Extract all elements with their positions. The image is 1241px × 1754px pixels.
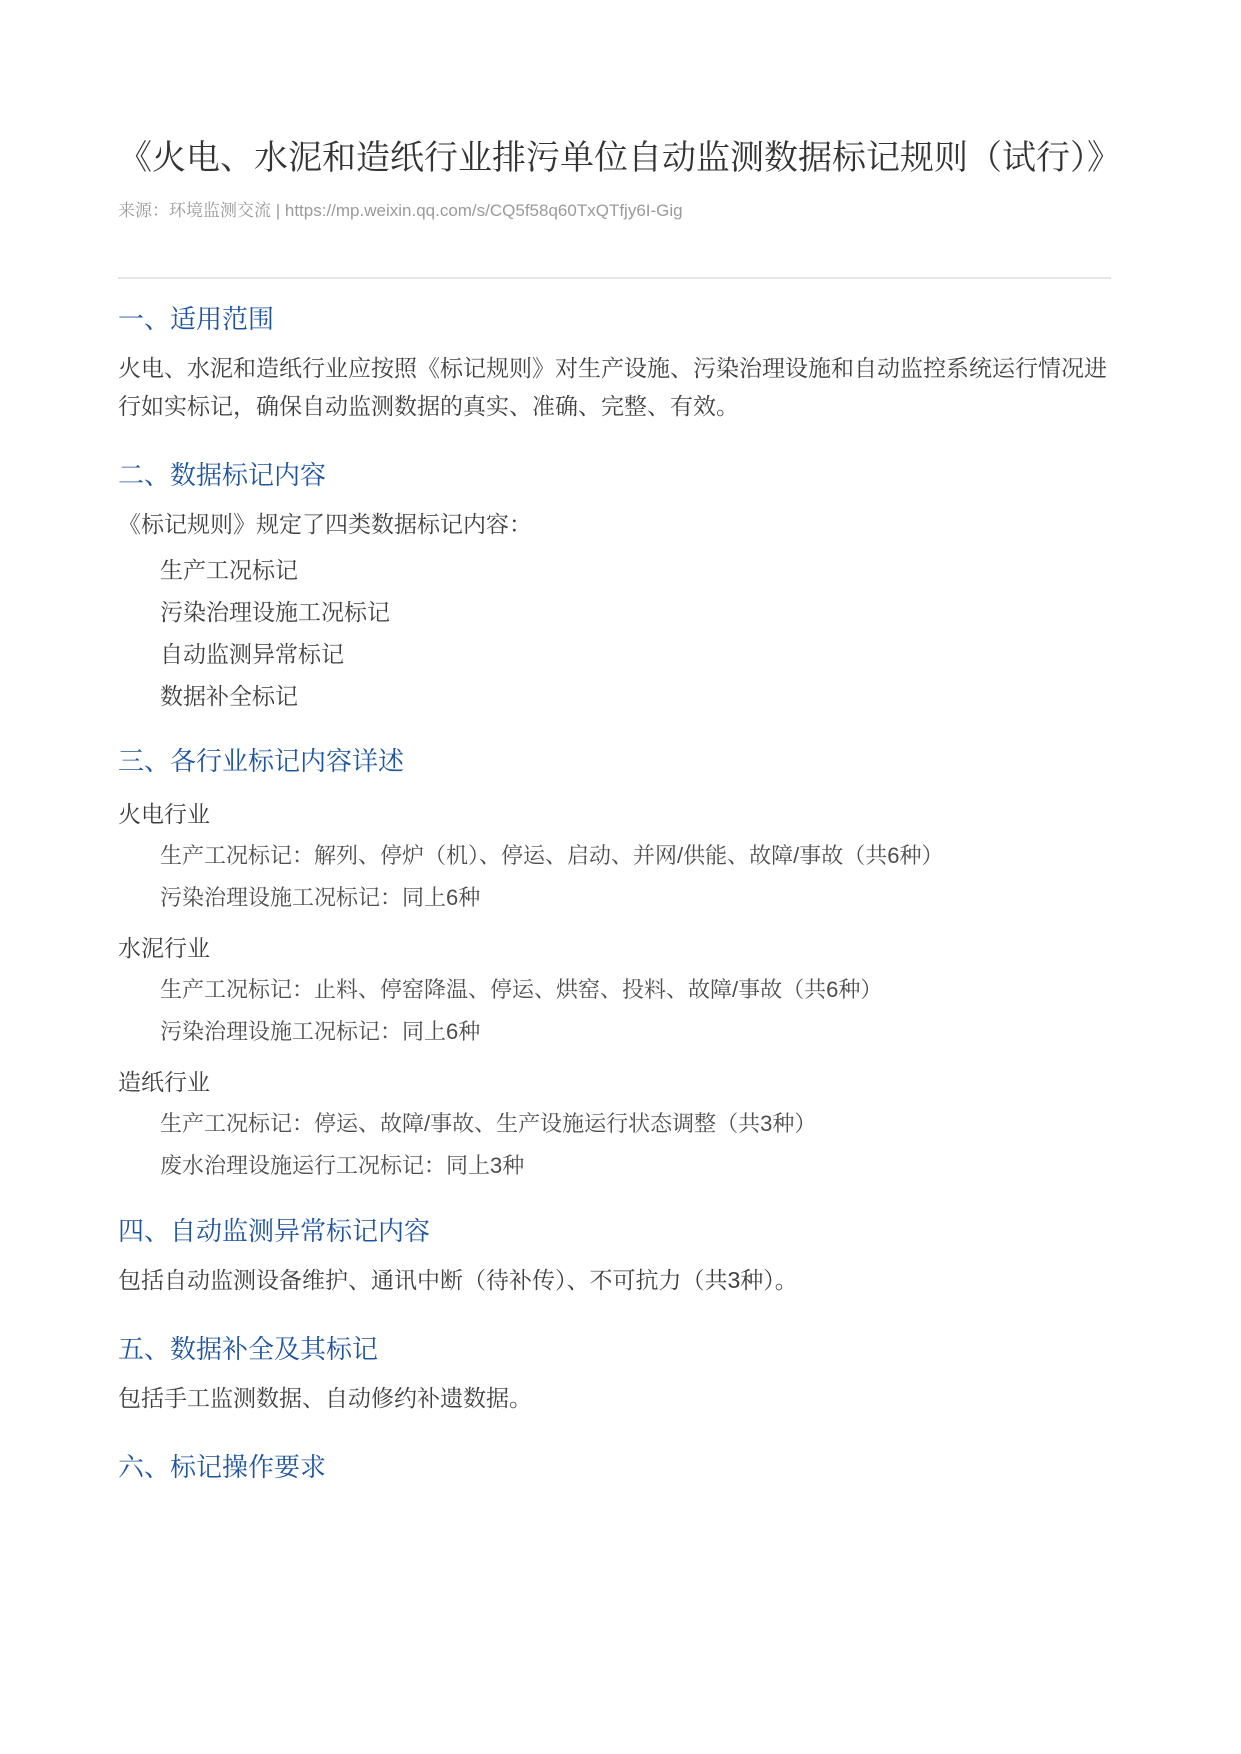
- industry-line: 污染治理设施工况标记：同上6种: [118, 1017, 1111, 1047]
- list-item: 生产工况标记: [118, 555, 1111, 585]
- section-paragraph: 包括自动监测设备维护、通讯中断（待补传）、不可抗力（共3种）。: [118, 1261, 1111, 1299]
- section-heading-scope: 一、适用范围: [118, 301, 1111, 337]
- industry-line: 废水治理设施运行工况标记：同上3种: [118, 1151, 1111, 1181]
- section-heading-data-completion: 五、数据补全及其标记: [118, 1331, 1111, 1367]
- source-line: 来源：环境监测交流 | https://mp.weixin.qq.com/s/C…: [118, 199, 1111, 223]
- industry-line: 生产工况标记：止料、停窑降温、停运、烘窑、投料、故障/事故（共6种）: [118, 975, 1111, 1005]
- industry-line: 污染治理设施工况标记：同上6种: [118, 883, 1111, 913]
- section-paragraph: 包括手工监测数据、自动修约补遗数据。: [118, 1379, 1111, 1417]
- section-heading-abnormal-mark: 四、自动监测异常标记内容: [118, 1213, 1111, 1249]
- list-item: 自动监测异常标记: [118, 639, 1111, 669]
- list-item: 数据补全标记: [118, 681, 1111, 711]
- divider: [118, 277, 1111, 279]
- section-paragraph: 《标记规则》规定了四类数据标记内容：: [118, 505, 1111, 543]
- list-item: 污染治理设施工况标记: [118, 597, 1111, 627]
- industry-line: 生产工况标记：解列、停炉（机）、停运、启动、并网/供能、故障/事故（共6种）: [118, 841, 1111, 871]
- section-heading-operation-requirements: 六、标记操作要求: [118, 1449, 1111, 1485]
- section-paragraph: 火电、水泥和造纸行业应按照《标记规则》对生产设施、污染治理设施和自动监控系统运行…: [118, 349, 1111, 425]
- section-heading-industry-detail: 三、各行业标记内容详述: [118, 743, 1111, 779]
- industry-line: 生产工况标记：停运、故障/事故、生产设施运行状态调整（共3种）: [118, 1109, 1111, 1139]
- industry-name-cement: 水泥行业: [118, 933, 1111, 963]
- article: 《火电、水泥和造纸行业排污单位自动监测数据标记规则（试行）》 来源：环境监测交流…: [0, 0, 1241, 1545]
- page-title: 《火电、水泥和造纸行业排污单位自动监测数据标记规则（试行）》: [118, 132, 1111, 185]
- industry-name-thermal-power: 火电行业: [118, 799, 1111, 829]
- section-heading-mark-content: 二、数据标记内容: [118, 457, 1111, 493]
- industry-name-paper: 造纸行业: [118, 1067, 1111, 1097]
